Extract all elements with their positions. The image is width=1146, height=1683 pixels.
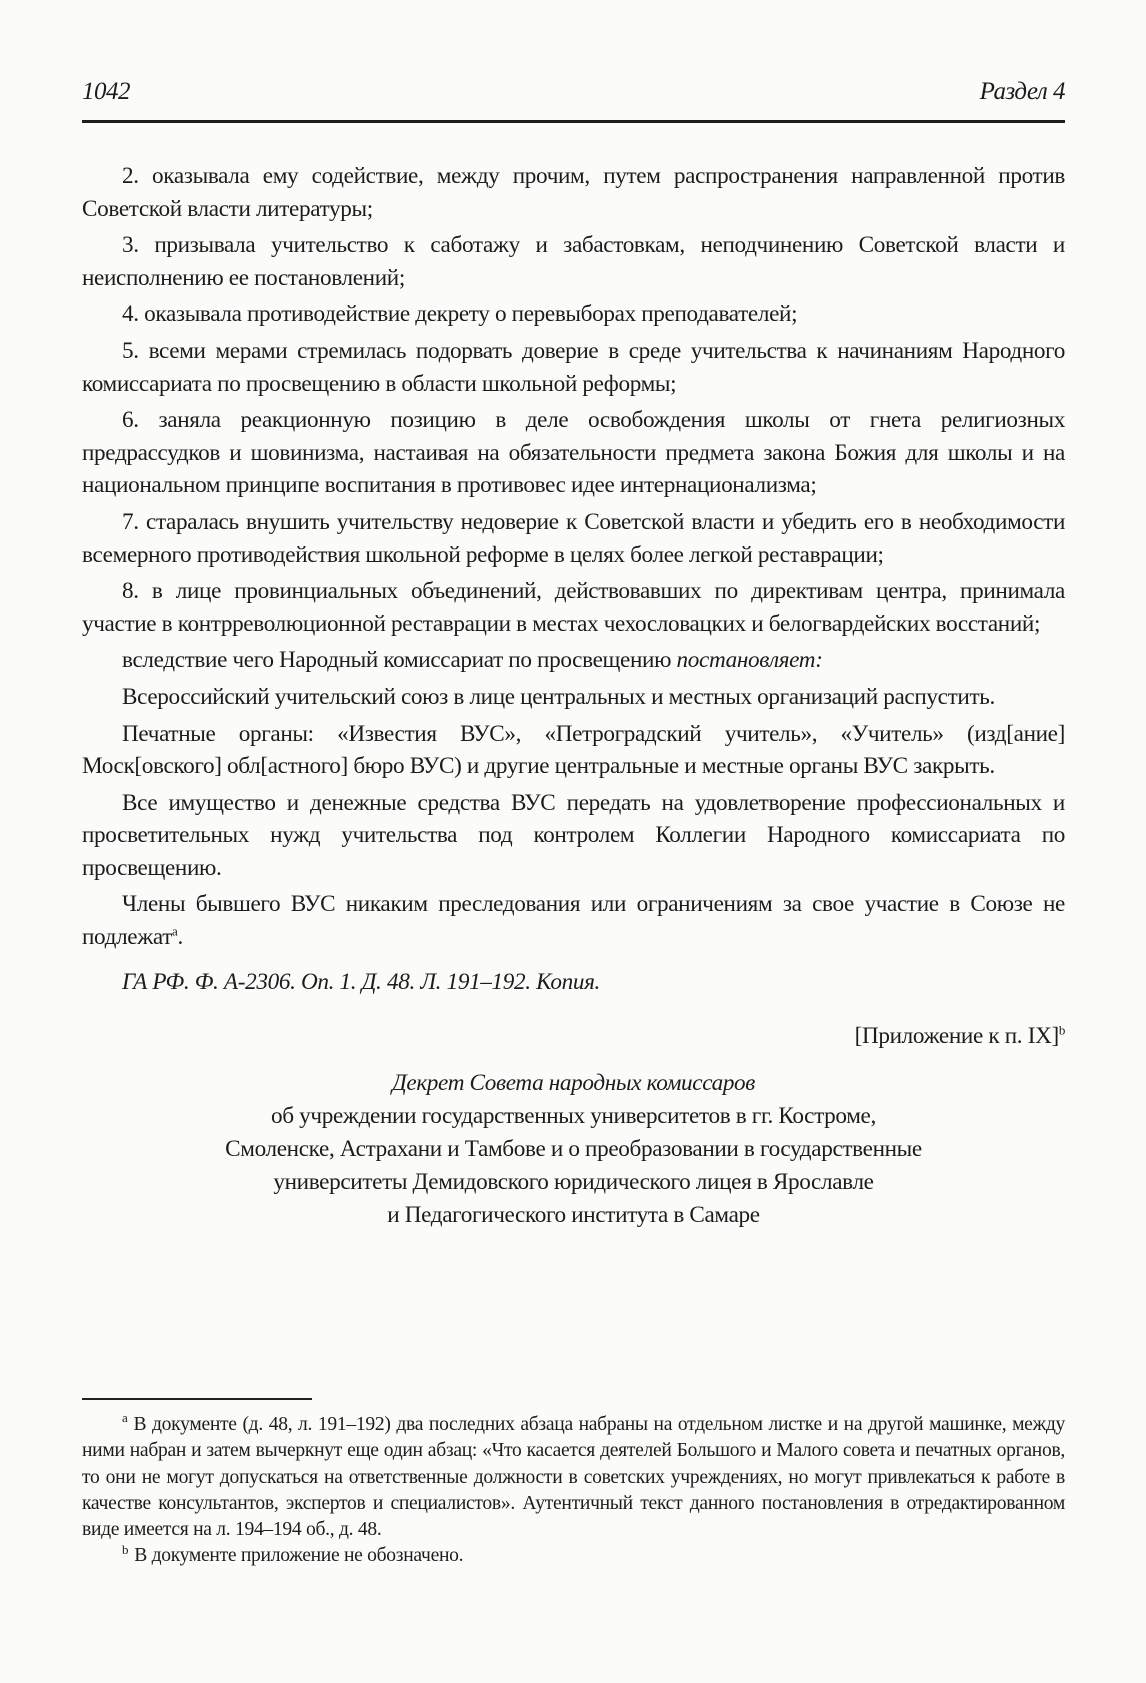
running-header: 1042 Раздел 4 bbox=[82, 78, 1065, 118]
decree-subtitle-line: университеты Демидовского юридического л… bbox=[82, 1166, 1065, 1199]
paragraph-item-8: 8. в лице провинциальных объединений, де… bbox=[82, 575, 1065, 640]
footnote-a-text: В документе (д. 48, л. 191–192) два посл… bbox=[82, 1414, 1065, 1540]
dissolve-paragraph: Всероссийский учительский союз в лице це… bbox=[82, 681, 1065, 714]
members-end: . bbox=[177, 924, 182, 950]
archive-source: ГА РФ. Ф. А-2306. Оп. 1. Д. 48. Л. 191–1… bbox=[82, 966, 1065, 999]
press-paragraph: Печатные органы: «Известия ВУС», «Петрог… bbox=[82, 718, 1065, 783]
page-number: 1042 bbox=[82, 78, 130, 106]
decree-title: Декрет Совета народных комиссаров bbox=[82, 1067, 1065, 1100]
footnote-mark-b: b bbox=[122, 1542, 128, 1557]
property-paragraph: Все имущество и денежные средства ВУС пе… bbox=[82, 787, 1065, 885]
header-rule bbox=[82, 120, 1065, 123]
resolution-paragraph: вследствие чего Народный комиссариат по … bbox=[82, 644, 1065, 677]
main-text: 2. оказывала ему содействие, между прочи… bbox=[82, 160, 1065, 1232]
members-text: Члены бывшего ВУС никаким преследования … bbox=[82, 891, 1065, 950]
appendix-text: [Приложение к п. IX] bbox=[855, 1023, 1059, 1049]
footnote-separator bbox=[82, 1398, 312, 1400]
decree-subtitle-line: и Педагогического института в Самаре bbox=[82, 1199, 1065, 1232]
decree-subtitle-line: об учреждении государственных университе… bbox=[82, 1100, 1065, 1133]
footnote-a: aВ документе (д. 48, л. 191–192) два пос… bbox=[82, 1412, 1065, 1543]
footnote-b: bВ документе приложение не обозначено. bbox=[82, 1543, 1065, 1569]
section-title: Раздел 4 bbox=[980, 78, 1065, 106]
paragraph-item-6: 6. заняла реакционную позицию в деле осв… bbox=[82, 404, 1065, 502]
paragraph-item-2: 2. оказывала ему содействие, между прочи… bbox=[82, 160, 1065, 225]
paragraph-item-3: 3. призывала учительство к саботажу и за… bbox=[82, 229, 1065, 294]
resolution-keyword: постановляет: bbox=[677, 647, 823, 673]
paragraph-item-7: 7. старалась внушить учительству недовер… bbox=[82, 506, 1065, 571]
paragraph-item-5: 5. всеми мерами стремилась подорвать дов… bbox=[82, 335, 1065, 400]
appendix-label: [Приложение к п. IX]b bbox=[82, 1020, 1065, 1053]
footnote-mark-a: a bbox=[122, 1410, 127, 1425]
decree-subtitle-line: Смоленске, Астрахани и Тамбове и о преоб… bbox=[82, 1133, 1065, 1166]
members-paragraph: Члены бывшего ВУС никаким преследования … bbox=[82, 888, 1065, 953]
resolution-intro: вследствие чего Народный комиссариат по … bbox=[122, 647, 677, 673]
paragraph-item-4: 4. оказывала противодействие декрету о п… bbox=[82, 298, 1065, 331]
decree-title-block: Декрет Совета народных комиссаров об учр… bbox=[82, 1067, 1065, 1232]
footnote-ref-b[interactable]: b bbox=[1059, 1023, 1065, 1038]
footnote-b-text: В документе приложение не обозначено. bbox=[134, 1545, 463, 1566]
footnotes: aВ документе (д. 48, л. 191–192) два пос… bbox=[82, 1412, 1065, 1570]
